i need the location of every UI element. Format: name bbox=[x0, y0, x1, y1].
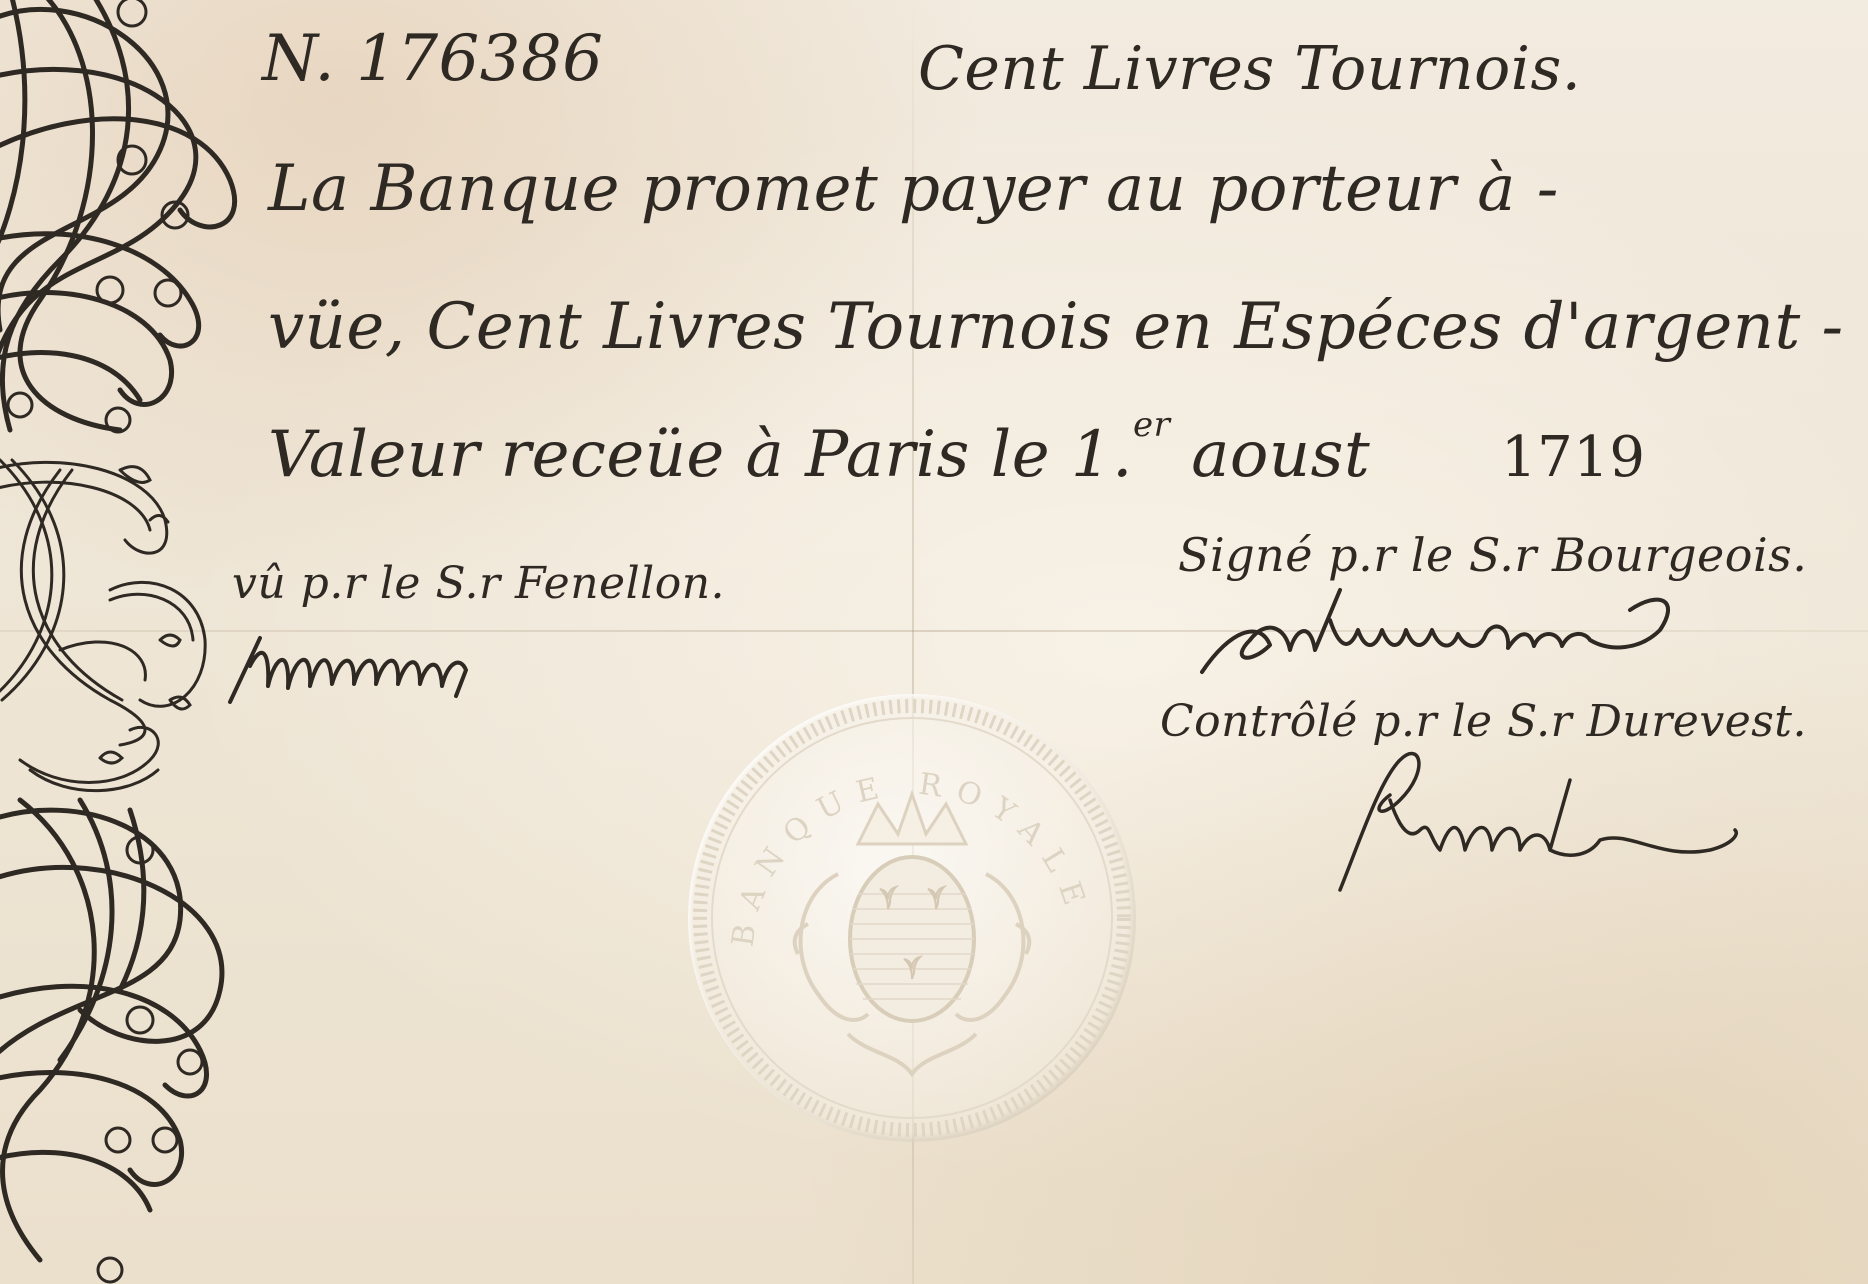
date-month: aoust bbox=[1191, 418, 1370, 492]
signature-fenellon bbox=[220, 626, 540, 706]
signature-bourgeois bbox=[1190, 590, 1770, 680]
signature-durevest bbox=[1330, 740, 1770, 900]
denomination-title: Cent Livres Tournois. bbox=[918, 34, 1581, 104]
place-date-line: Valeur receüe à Paris le 1.er aoust 1719 bbox=[268, 418, 1646, 492]
promise-line-2: vüe, Cent Livres Tournois en Espéces d'a… bbox=[268, 290, 1844, 364]
banknote: N. 176386 Cent Livres Tournois. La Banqu… bbox=[0, 0, 1868, 1284]
date-year: 1719 bbox=[1501, 425, 1646, 490]
number-separator: . bbox=[314, 22, 335, 96]
embossed-seal: BANQUE ROYALE bbox=[688, 694, 1136, 1142]
date-day-superscript: er bbox=[1133, 405, 1170, 445]
serial-number-line: N. 176386 bbox=[262, 22, 603, 96]
number-prefix: N bbox=[262, 22, 314, 96]
promise-line-1: La Banque promet payer au porteur à - bbox=[268, 152, 1559, 226]
serial-number: 176386 bbox=[356, 22, 603, 96]
seen-by-label: vû p.r le S.r Fenellon. bbox=[232, 558, 725, 609]
date-day: 1. bbox=[1071, 418, 1133, 492]
value-received-at: Valeur receüe à Paris le bbox=[268, 418, 1050, 492]
signed-by-label: Signé p.r le S.r Bourgeois. bbox=[1178, 528, 1807, 582]
